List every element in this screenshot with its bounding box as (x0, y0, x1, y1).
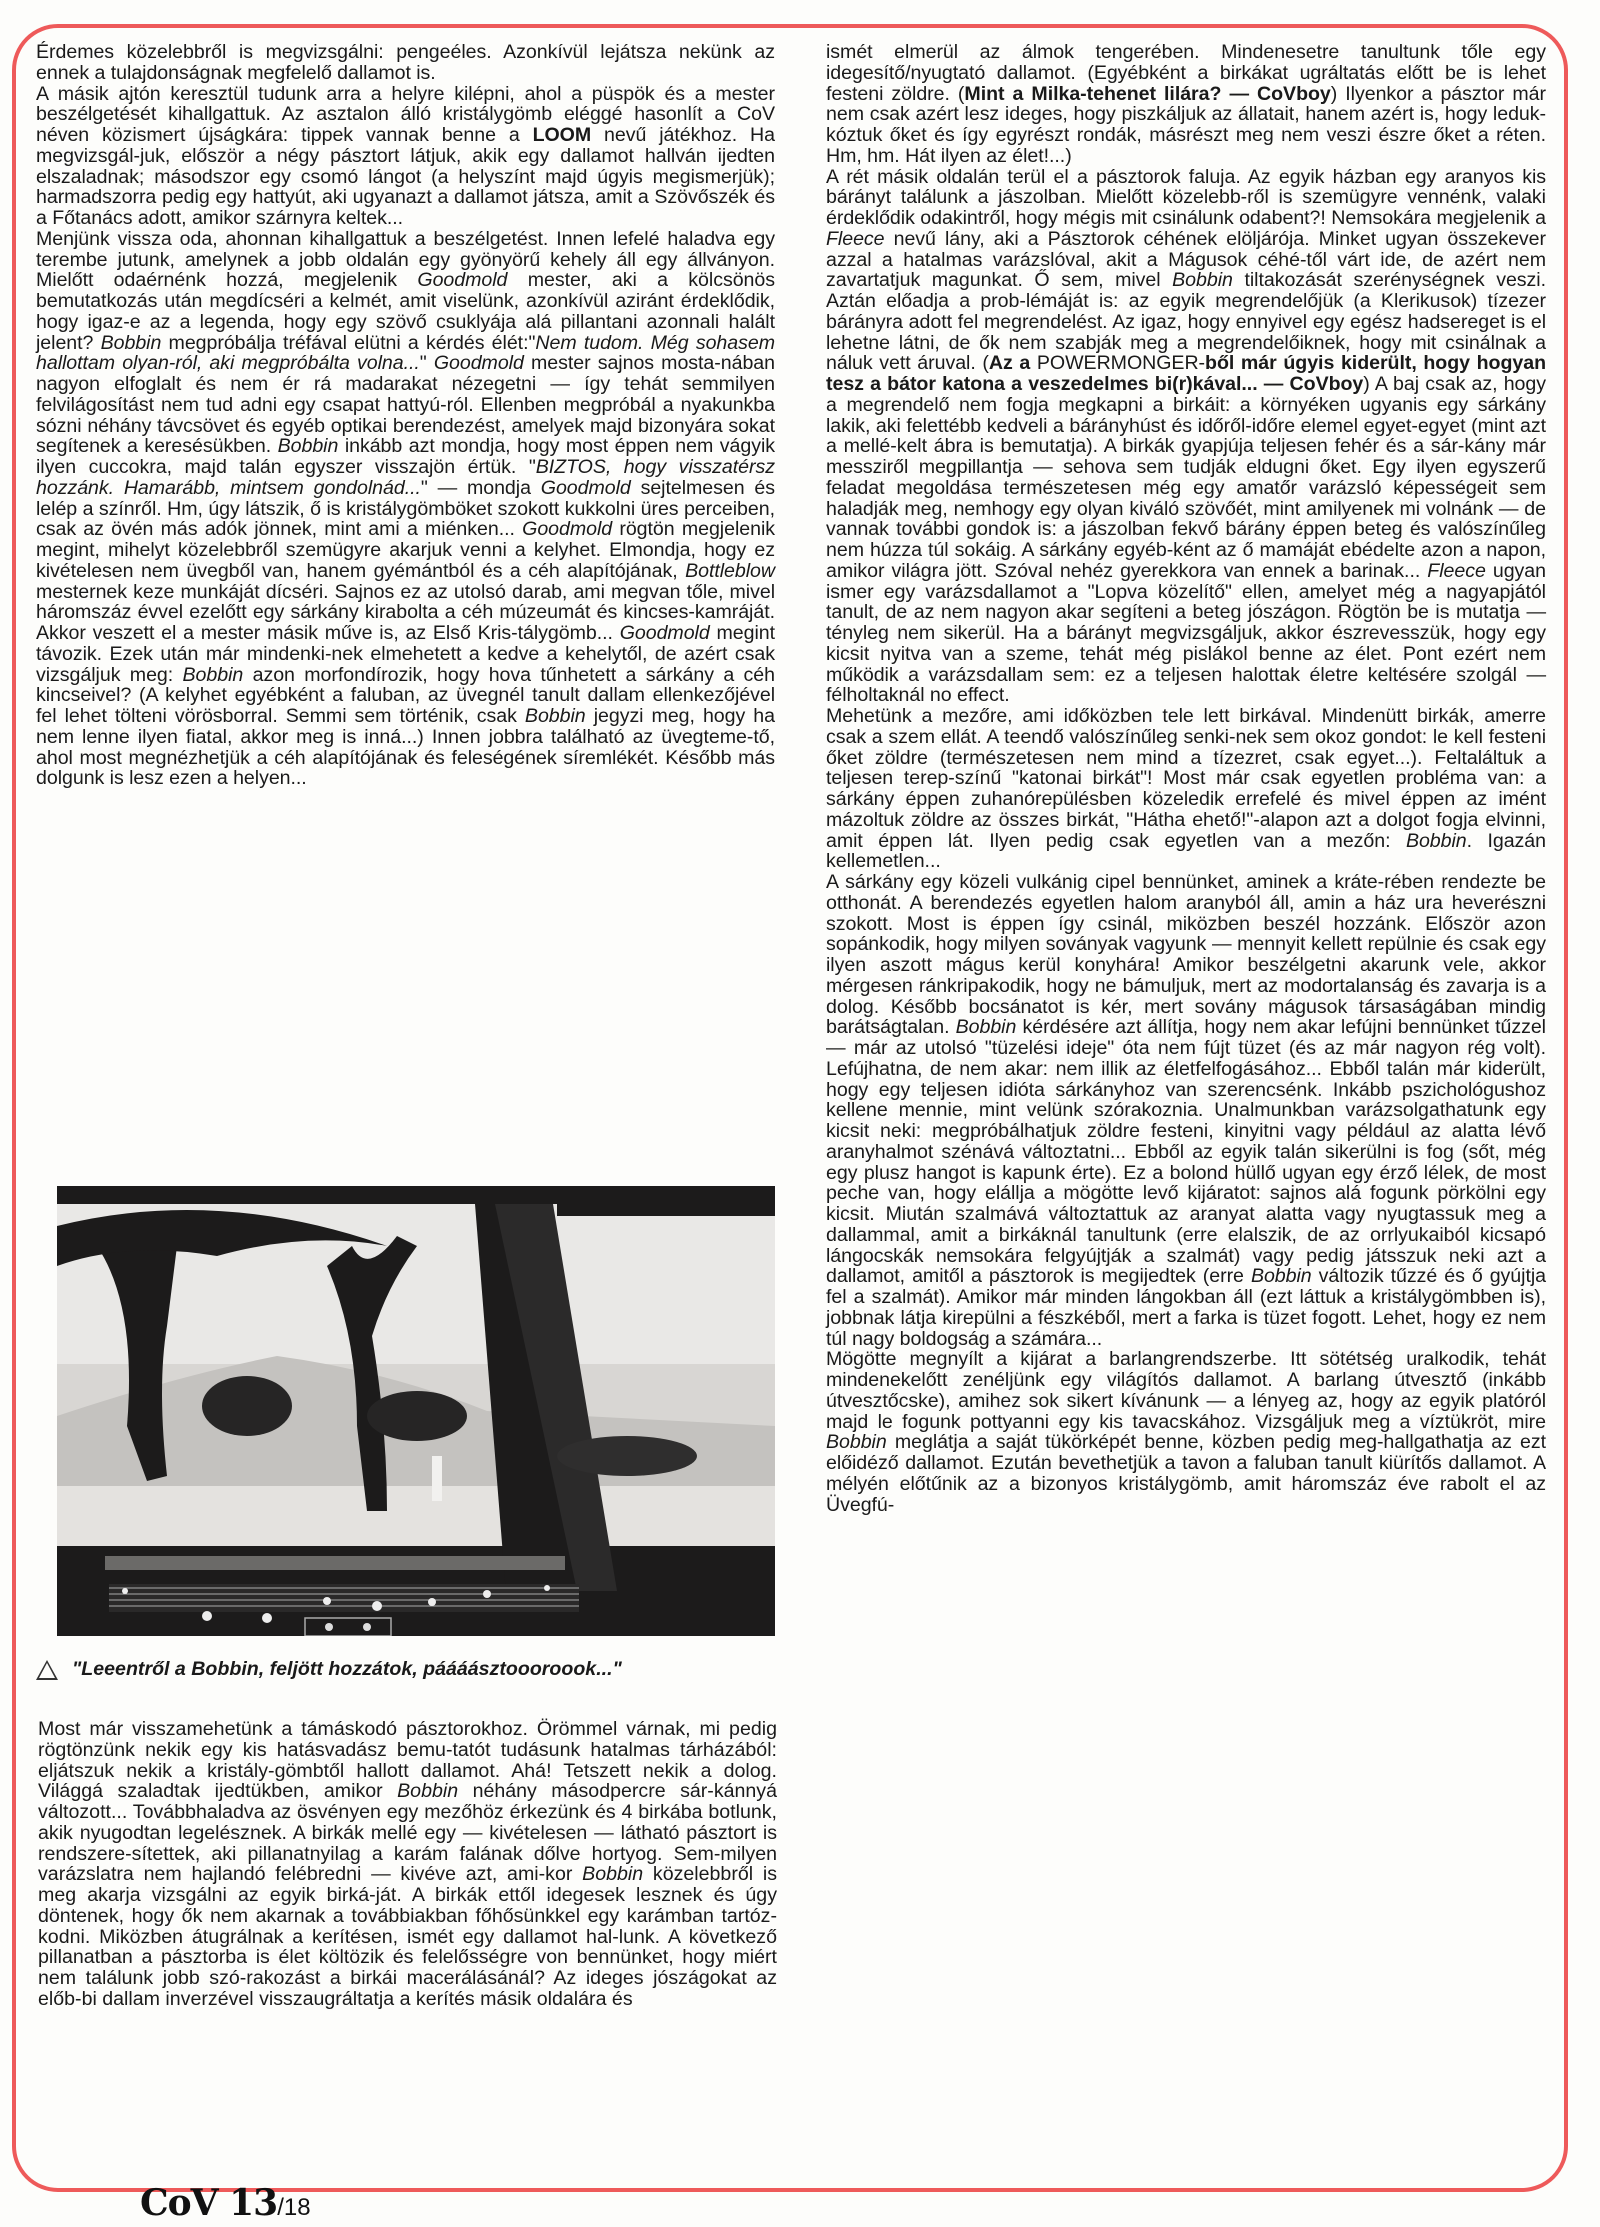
italic-run: Bobbin (1406, 830, 1467, 852)
page-footer: CoV 13/18 (140, 2182, 311, 2224)
paragraph: A sárkány egy közeli vulkánig cipel benn… (826, 872, 1546, 1349)
italic-run: Goodmold (541, 477, 631, 499)
bold-run: LOOM (533, 124, 592, 146)
paragraph: ismét elmerül az álmok tengerében. Minde… (826, 42, 1546, 167)
paragraph: Mehetünk a mezőre, ami időközben tele le… (826, 706, 1546, 872)
italic-run: Bobbin (1251, 1265, 1312, 1287)
italic-run: Bobbin (1172, 269, 1233, 291)
loom-scene-image (57, 1186, 775, 1636)
paragraph: A rét másik oldalán terül el a pásztorok… (826, 167, 1546, 707)
italic-run: Bobbin (397, 1780, 458, 1802)
paragraph: A másik ajtón keresztül tudunk arra a he… (36, 84, 775, 229)
italic-run: Goodmold (522, 518, 612, 540)
caption-text: "Leeentről a Bobbin, feljött hozzátok, p… (72, 1658, 622, 1681)
figure-caption: "Leeentről a Bobbin, feljött hozzátok, p… (36, 1658, 776, 1681)
italic-run: Bobbin (525, 705, 586, 727)
italic-run: Bottleblow (685, 560, 775, 582)
magazine-issue: CoV 13 (140, 2182, 277, 2224)
italic-run: Bobbin (278, 435, 339, 457)
italic-run: Goodmold (417, 269, 507, 291)
italic-run: Bobbin (956, 1016, 1017, 1038)
game-screenshot (57, 1186, 775, 1636)
bold-run: Az a (989, 352, 1030, 374)
italic-run: Bobbin (101, 332, 162, 354)
italic-run: Goodmold (620, 622, 710, 644)
left-column-continued: Most már visszamehetünk a támáskodó pász… (38, 1719, 777, 2010)
triangle-outline-icon (36, 1660, 58, 1680)
page-number: /18 (277, 2194, 310, 2221)
right-column: ismét elmerül az álmok tengerében. Minde… (826, 42, 1546, 1515)
italic-run: Bobbin (582, 1863, 643, 1885)
bold-run: Mint a Milka-tehenet lilára? — CoVboy (964, 83, 1330, 105)
paragraph: Mögötte megnyílt a kijárat a barlangrend… (826, 1349, 1546, 1515)
paragraph: Érdemes közelebbről is megvizsgálni: pen… (36, 42, 775, 84)
bobbin-figure (432, 1456, 442, 1501)
bold-run: ből már úgyis kiderült, hogy hogyan tesz… (826, 352, 1546, 395)
italic-run: Fleece (1427, 560, 1486, 582)
paragraph: Most már visszamehetünk a támáskodó pász… (38, 1719, 777, 2010)
left-column: Érdemes közelebbről is megvizsgálni: pen… (36, 42, 775, 789)
italic-run: Fleece (826, 228, 885, 250)
italic-run: Bobbin (183, 664, 244, 686)
italic-run: Goodmold (434, 352, 524, 374)
italic-run: BIZTOS, hogy visszatérsz hozzánk. Hamará… (36, 456, 775, 499)
italic-run: Bobbin (826, 1431, 887, 1453)
paragraph: Menjünk vissza oda, ahonnan kihallgattuk… (36, 229, 775, 789)
